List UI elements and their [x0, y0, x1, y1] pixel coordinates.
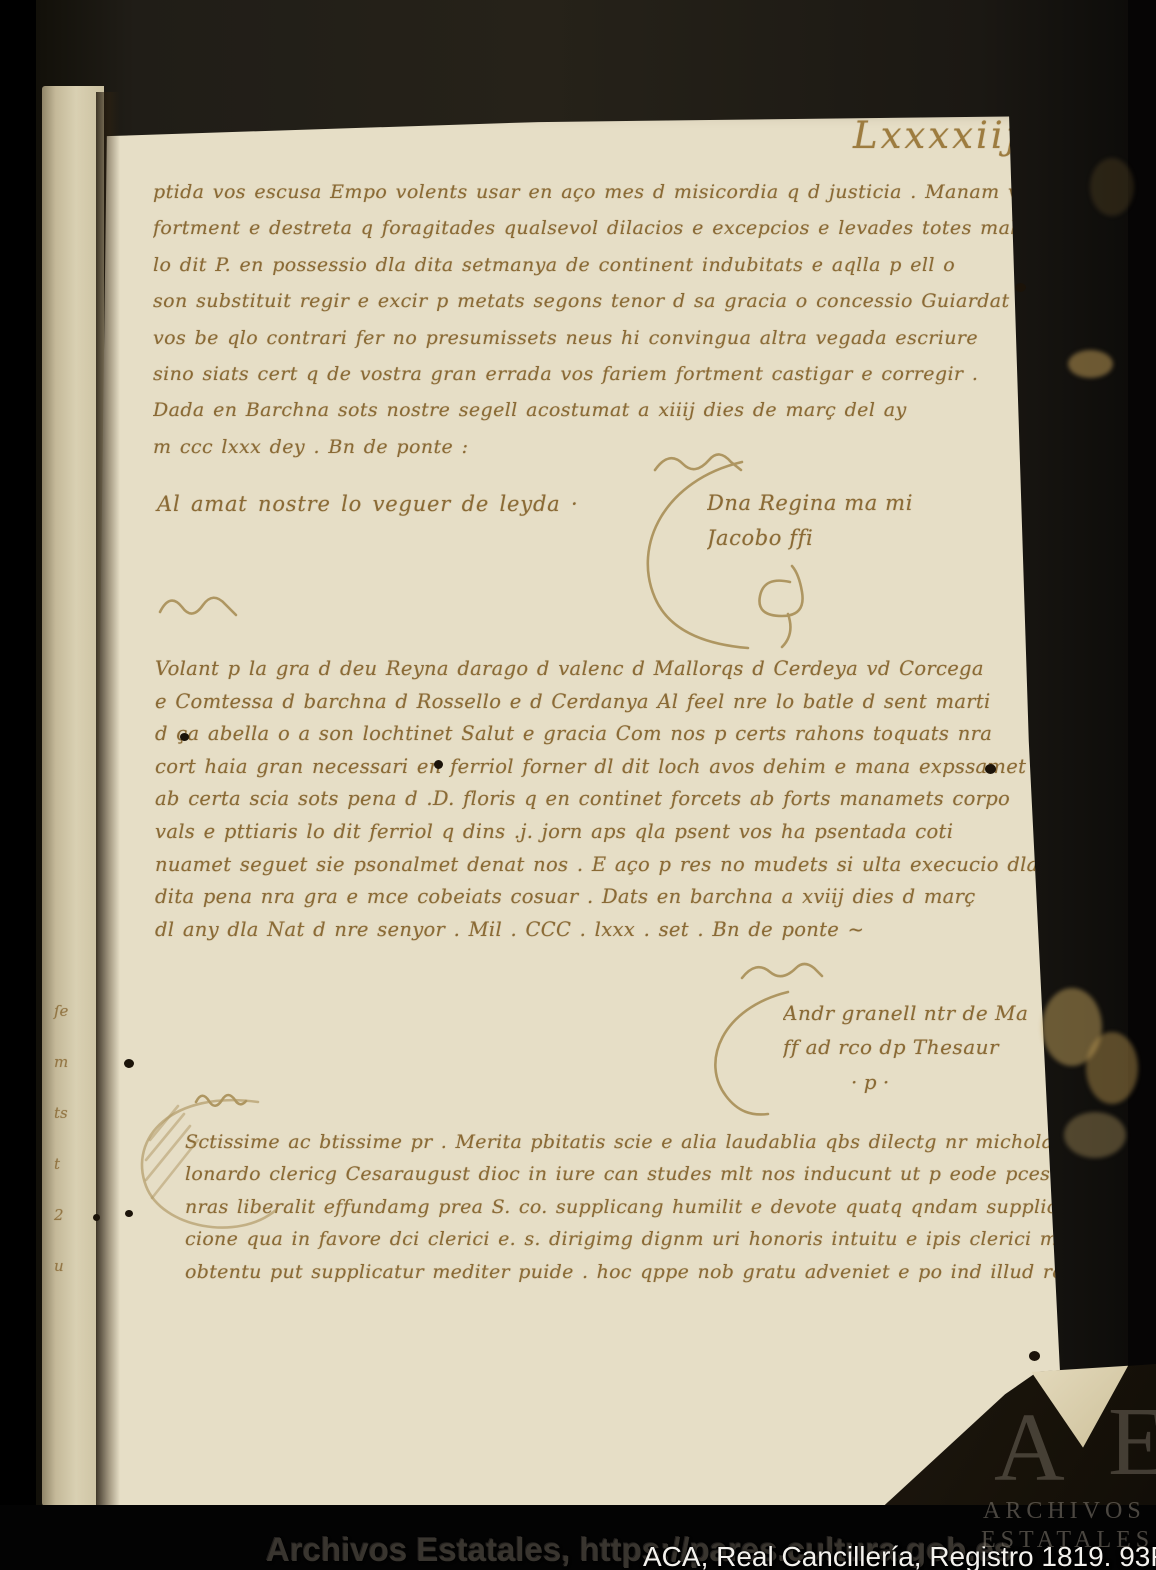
- folio-number: Lxxxxiij: [853, 114, 1020, 157]
- archives-logo-word-estatales: ESTATALES: [981, 1527, 1154, 1554]
- facing-page-edge: ſemtst2u: [42, 86, 104, 1506]
- wormhole: [985, 764, 996, 774]
- facing-page-text-fragments: ſemtst2u: [54, 986, 100, 1292]
- stain: [1068, 350, 1113, 378]
- manuscript-line: Dna Regina ma mi: [707, 486, 913, 521]
- manuscript-line: u: [54, 1241, 100, 1292]
- photo-right-edge: [1128, 0, 1156, 1506]
- manuscript-page: Lxxxxiij ptida vos escusa Empo volents u…: [95, 108, 1080, 1515]
- manuscript-line: ts: [54, 1088, 100, 1139]
- manuscript-line: dita pena nra gra e mce cobeiats cosuar …: [155, 881, 1040, 914]
- entry-2-text: Volant p la gra d deu Reyna darago d val…: [155, 653, 1040, 946]
- wormhole: [1029, 1351, 1040, 1361]
- manuscript-line: t: [54, 1139, 100, 1190]
- stain: [1086, 1032, 1138, 1104]
- binding-gutter-shadow: [96, 92, 120, 1506]
- wormhole: [93, 1214, 100, 1221]
- archives-logo-letter-e: E: [1108, 1386, 1156, 1498]
- manuscript-line: Andr granell ntr de Ma: [783, 996, 1028, 1030]
- entry-2-paraph: · p ·: [851, 1070, 889, 1094]
- wormhole: [1015, 283, 1026, 292]
- manuscript-line: ab certa scia sots pena d .D. floris q e…: [155, 783, 1040, 816]
- manuscript-line: Volant p la gra d deu Reyna darago d val…: [155, 653, 1040, 686]
- manuscript-line: d ça abella o a son lochtinet Salut e gr…: [155, 718, 1040, 751]
- manuscript-line: ff ad rco dp Thesaur: [783, 1030, 1028, 1064]
- manuscript-line: m: [54, 1037, 100, 1088]
- wormhole: [125, 1210, 133, 1217]
- manuscript-line: vos be qlo contrari fer no presumissets …: [153, 320, 1038, 356]
- manuscript-line: Jacobo ffi: [707, 521, 913, 556]
- manuscript-line: obtentu put supplicatur mediter puide . …: [185, 1256, 1075, 1288]
- wormhole: [434, 760, 443, 769]
- entry-2-chancery-note: Andr granell ntr de Maff ad rco dp Thesa…: [783, 996, 1028, 1064]
- entry-1-chancery-note: Dna Regina ma miJacobo ffi: [707, 486, 913, 556]
- entry-1-address-line: Al amat nostre lo veguer de leyda ·: [157, 492, 578, 516]
- manuscript-line: Dada en Barchna sots nostre segell acost…: [153, 392, 1038, 428]
- manuscript-line: cort haia gran necessari en ferriol forn…: [155, 751, 1040, 784]
- wormhole: [124, 1059, 134, 1068]
- manuscript-line: m ccc lxxx dey . Bn de ponte :: [153, 429, 1038, 465]
- manuscript-line: cione qua in favore dci clerici e. s. di…: [185, 1223, 1075, 1255]
- manuscript-line: son substituit regir e excir p metats se…: [153, 283, 1038, 319]
- manuscript-line: ptida vos escusa Empo volents usar en aç…: [153, 174, 1038, 210]
- manuscript-line: e Comtessa d barchna d Rossello e d Cerd…: [155, 686, 1040, 719]
- entry-1-text: ptida vos escusa Empo volents usar en aç…: [153, 174, 1038, 465]
- manuscript-line: dl any dla Nat d nre senyor . Mil . CCC …: [155, 914, 1040, 947]
- manuscript-line: ſe: [54, 986, 100, 1037]
- manuscript-line: Sctissime ac btissime pr . Merita pbitat…: [185, 1126, 1075, 1158]
- archives-logo-word-archivos: ARCHIVOS: [983, 1498, 1146, 1525]
- manuscript-line: nuamet seguet sie psonalmet denat nos . …: [155, 849, 1040, 882]
- archives-logo-letter-a: A: [994, 1392, 1065, 1504]
- manuscript-line: lonardo clericg Cesaraugust dioc in iure…: [185, 1158, 1075, 1190]
- stain: [1090, 158, 1134, 216]
- entry-3-text: Sctissime ac btissime pr . Merita pbitat…: [185, 1126, 1075, 1288]
- manuscript-line: vals e pttiaris lo dit ferriol q dins .j…: [155, 816, 1040, 849]
- ink-blot: [180, 733, 189, 741]
- manuscript-line: sino siats cert q de vostra gran errada …: [153, 356, 1038, 392]
- scanned-manuscript-photo: { "manuscript": { "folio_number": "Lxxxx…: [0, 0, 1156, 1570]
- stain: [1064, 1112, 1126, 1158]
- manuscript-line: fortment e destreta q foragitades qualse…: [153, 210, 1038, 246]
- manuscript-line: lo dit P. en possessio dla dita setmanya…: [153, 247, 1038, 283]
- manuscript-line: nras liberalit effundamg prea S. co. sup…: [185, 1191, 1075, 1223]
